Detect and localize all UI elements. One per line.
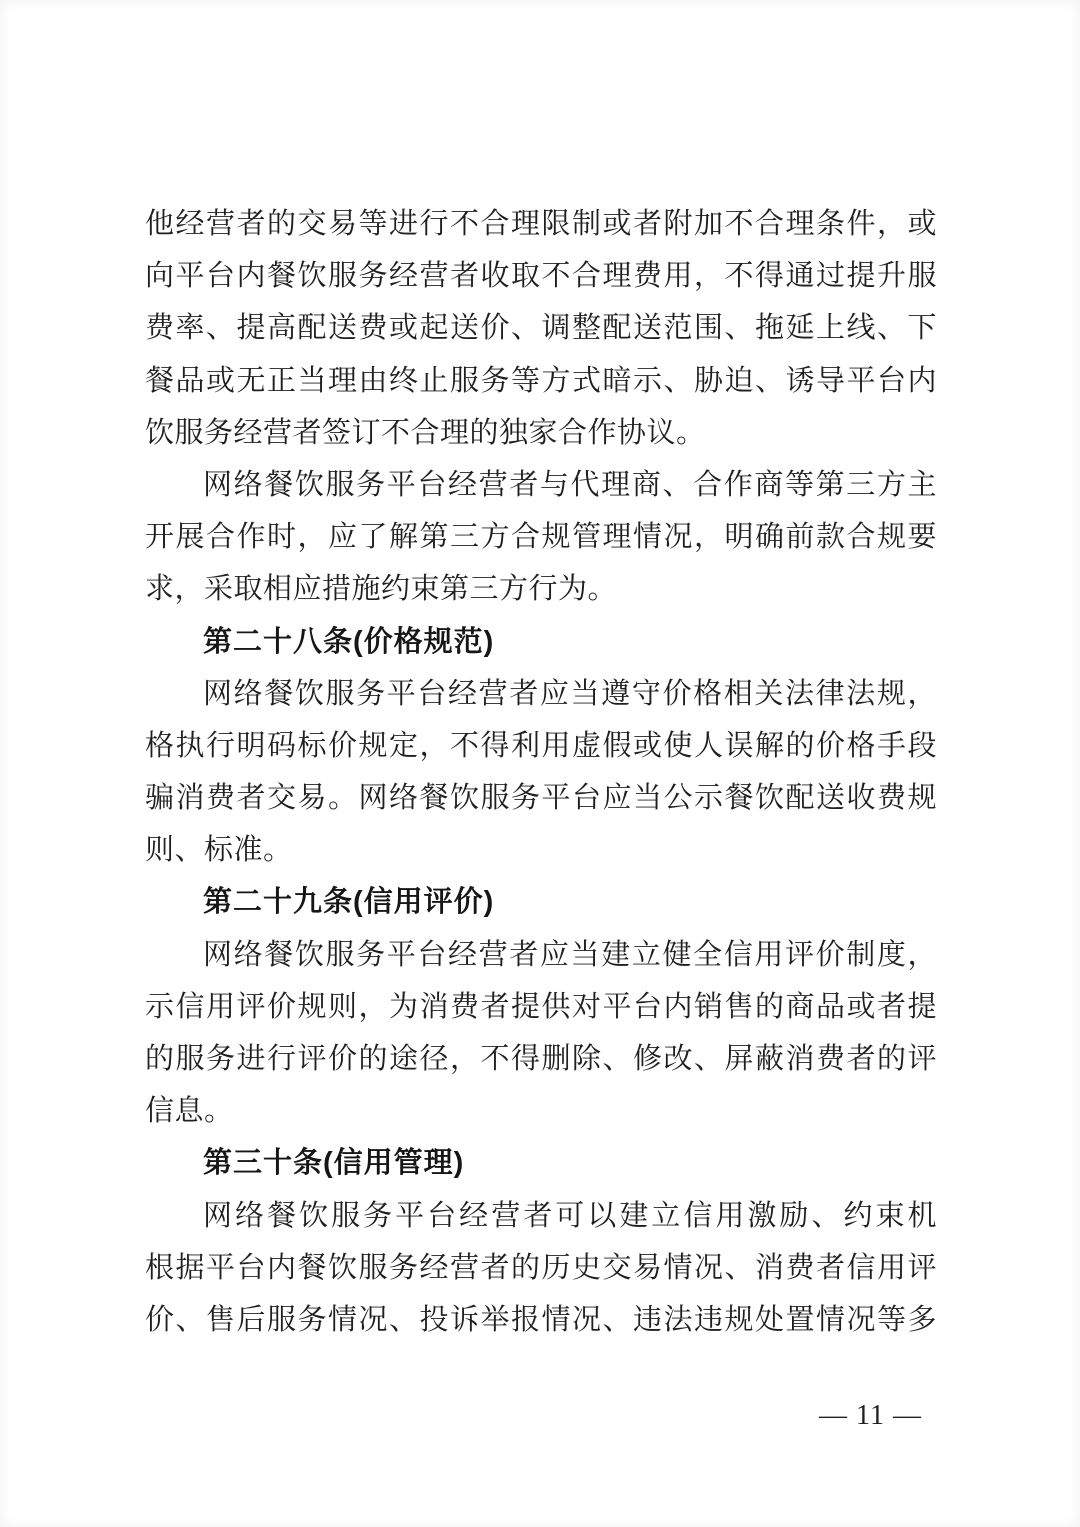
body-line: 根据平台内餐饮服务经营者的历史交易情况、消费者信用评: [145, 1242, 937, 1294]
page-number: — 11 —: [819, 1396, 922, 1436]
article-heading-28: 第二十八条(价格规范): [145, 616, 937, 668]
article-heading-29: 第二十九条(信用评价): [145, 876, 937, 928]
document-page: 他经营者的交易等进行不合理限制或者附加不合理条件，或者 向平台内餐饮服务经营者收…: [0, 0, 1080, 1527]
body-line: 求，采取相应措施约束第三方行为。: [145, 563, 937, 615]
document-body: 他经营者的交易等进行不合理限制或者附加不合理条件，或者 向平台内餐饮服务经营者收…: [145, 198, 937, 1346]
body-line: 费率、提高配送费或起送价、调整配送范围、拖延上线、下架: [145, 302, 937, 354]
body-line: 格执行明码标价规定，不得利用虚假或使人误解的价格手段诱: [145, 720, 937, 772]
body-line: 向平台内餐饮服务经营者收取不合理费用，不得通过提升服务: [145, 250, 937, 302]
body-line: 网络餐饮服务平台经营者与代理商、合作商等第三方主体: [145, 459, 937, 511]
body-line: 则、标准。: [145, 824, 937, 876]
body-line: 信息。: [145, 1085, 937, 1137]
body-line: 示信用评价规则，为消费者提供对平台内销售的商品或者提供: [145, 981, 937, 1033]
article-heading-30: 第三十条(信用管理): [145, 1137, 937, 1189]
body-line: 网络餐饮服务平台经营者可以建立信用激励、约束机制，: [145, 1190, 937, 1242]
body-line: 网络餐饮服务平台经营者应当遵守价格相关法律法规，严: [145, 668, 937, 720]
body-line: 价、售后服务情况、投诉举报情况、违法违规处置情况等多维: [145, 1294, 937, 1346]
body-line: 饮服务经营者签订不合理的独家合作协议。: [145, 407, 937, 459]
body-line: 的服务进行评价的途径，不得删除、修改、屏蔽消费者的评价: [145, 1033, 937, 1085]
body-line: 开展合作时，应了解第三方合规管理情况，明确前款合规要: [145, 511, 937, 563]
body-line: 骗消费者交易。网络餐饮服务平台应当公示餐饮配送收费规: [145, 772, 937, 824]
body-line: 餐品或无正当理由终止服务等方式暗示、胁迫、诱导平台内餐: [145, 355, 937, 407]
body-line: 他经营者的交易等进行不合理限制或者附加不合理条件，或者: [145, 198, 937, 250]
body-line: 网络餐饮服务平台经营者应当建立健全信用评价制度，公: [145, 929, 937, 981]
